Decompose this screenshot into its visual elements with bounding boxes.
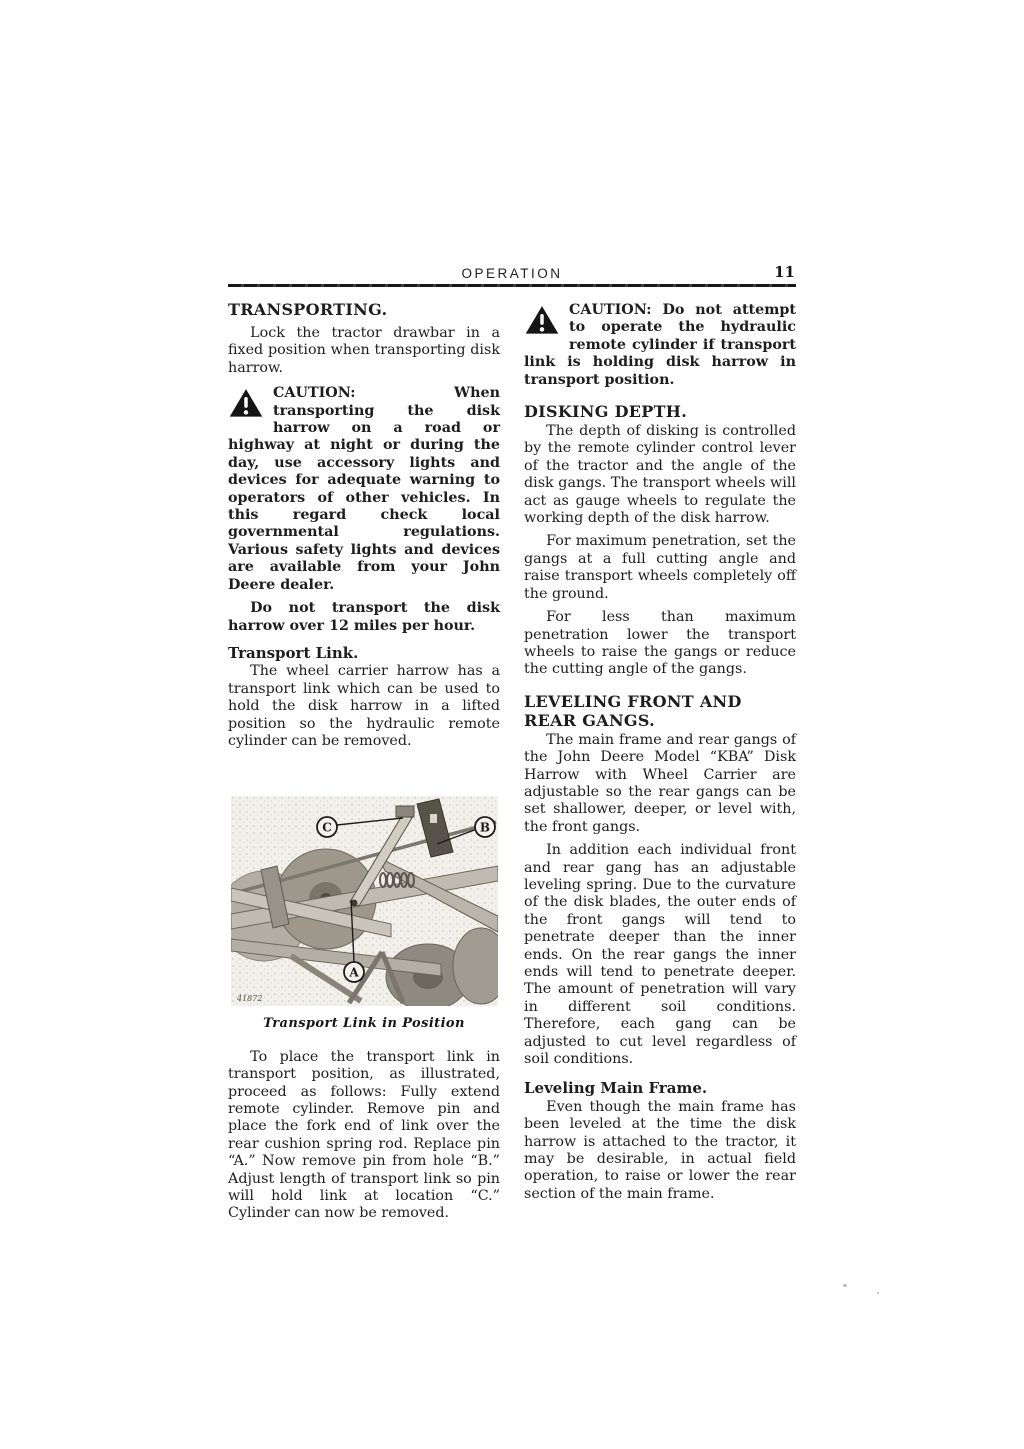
figure-transport-link: C B A 41872 [228, 796, 500, 1032]
page-number: 11 [774, 263, 795, 281]
paragraph-transporting: Lock the tractor drawbar in a fixed posi… [228, 325, 500, 377]
figure-caption: Transport Link in Position [228, 1015, 500, 1032]
sub-heading-transport-link: Transport Link. [228, 645, 500, 662]
section-heading-disking-depth: DISKING DEPTH. [524, 402, 796, 421]
photo-number: 41872 [236, 994, 262, 1003]
page-header-title: OPERATION [461, 266, 562, 281]
callout-label-b: B [479, 821, 489, 835]
paragraph-disking-3: For less than maximum penetration lower … [524, 609, 796, 679]
figure-photo: C B A 41872 [231, 796, 498, 1006]
caution-triangle-icon [228, 388, 264, 418]
paragraph-disking-1: The depth of disking is controlled by th… [524, 423, 796, 527]
caution-text: CAUTION: When transporting the disk harr… [228, 385, 500, 592]
callout-b: B [475, 817, 495, 837]
callout-label-a: A [348, 966, 359, 980]
scan-speck [877, 1292, 879, 1294]
scan-speck [843, 1284, 847, 1287]
paragraph-procedure: To place the transport link in transport… [228, 1049, 500, 1223]
callout-a: A [344, 962, 364, 982]
harrow-illustration: C B A 41872 [231, 796, 498, 1006]
section-heading-leveling-gangs: LEVELING FRONT AND REAR GANGS. [524, 692, 796, 730]
sub-heading-leveling-main-frame: Leveling Main Frame. [524, 1080, 796, 1097]
two-column-layout: TRANSPORTING. Lock the tractor drawbar i… [228, 300, 796, 1223]
paragraph-main-frame: Even though the main frame has been leve… [524, 1099, 796, 1203]
speed-warning: Do not transport the disk harrow over 12… [228, 600, 500, 635]
header-rule [228, 284, 796, 287]
caution-triangle-icon [524, 305, 560, 335]
caution-note-hydraulic: CAUTION: Do not attempt to operate the h… [524, 302, 796, 389]
paragraph-leveling-2: In addition each individual front and re… [524, 842, 796, 1068]
manual-page: OPERATION 11 TRANSPORTING. Lock the trac… [0, 0, 1024, 1449]
left-column: TRANSPORTING. Lock the tractor drawbar i… [228, 300, 500, 1223]
paragraph-disking-2: For maximum penetration, set the gangs a… [524, 533, 796, 603]
section-heading-transporting: TRANSPORTING. [228, 300, 500, 319]
running-header: OPERATION 11 [228, 263, 796, 284]
callout-label-c: C [322, 821, 332, 835]
paragraph-transport-link: The wheel carrier harrow has a transport… [228, 663, 500, 750]
caution-text: CAUTION: Do not attempt to operate the h… [524, 302, 796, 388]
paragraph-leveling-1: The main frame and rear gangs of the Joh… [524, 732, 796, 836]
caution-note-transporting: CAUTION: When transporting the disk harr… [228, 385, 500, 594]
right-column: CAUTION: Do not attempt to operate the h… [524, 300, 796, 1223]
page-content: OPERATION 11 TRANSPORTING. Lock the trac… [228, 263, 796, 1223]
callout-c: C [317, 817, 337, 837]
